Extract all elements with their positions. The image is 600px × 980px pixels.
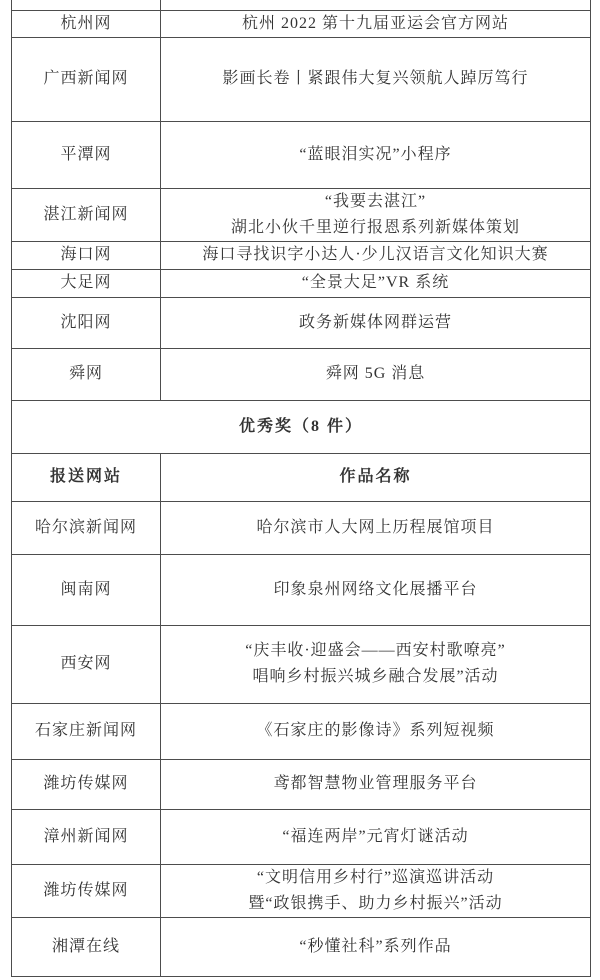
work-cell: “文明信用乡村行”巡演巡讲活动 暨“政银携手、助力乡村振兴”活动: [161, 864, 591, 917]
work-cell: “蓝眼泪实况”小程序: [161, 121, 591, 188]
site-cell: 潍坊传媒网: [12, 864, 161, 917]
table-row: 广西新闻网 影画长卷丨紧跟伟大复兴领航人踔厉笃行: [12, 37, 591, 121]
table-row: 海口网 海口寻找识字小达人·少儿汉语言文化知识大赛: [12, 241, 591, 269]
work-cell: 政务新媒体网群运营: [161, 297, 591, 348]
work-cell: [161, 0, 591, 10]
table-row: 哈尔滨新闻网 哈尔滨市人大网上历程展馆项目: [12, 501, 591, 554]
site-cell: 大足网: [12, 269, 161, 297]
site-cell: 湛江新闻网: [12, 188, 161, 241]
table-row: 闽南网 印象泉州网络文化展播平台: [12, 554, 591, 625]
table-row-partial: [12, 0, 591, 10]
work-cell: 鸢都智慧物业管理服务平台: [161, 759, 591, 809]
site-cell: 海口网: [12, 241, 161, 269]
work-cell: “我要去湛江” 湖北小伙千里逆行报恩系列新媒体策划: [161, 188, 591, 241]
work-cell: 舜网 5G 消息: [161, 348, 591, 400]
table-row: 石家庄新闻网 《石家庄的影像诗》系列短视频: [12, 703, 591, 759]
table-row: 杭州网 杭州 2022 第十九届亚运会官方网站: [12, 10, 591, 37]
work-line: “我要去湛江”: [167, 189, 584, 215]
column-header-row: 报送网站 作品名称: [12, 453, 591, 501]
site-cell: 石家庄新闻网: [12, 703, 161, 759]
site-cell: [12, 0, 161, 10]
work-cell: 影画长卷丨紧跟伟大复兴领航人踔厉笃行: [161, 37, 591, 121]
section-header-row: 优秀奖（8 件）: [12, 400, 591, 453]
work-cell: “秒懂社科”系列作品: [161, 917, 591, 976]
site-cell: 沈阳网: [12, 297, 161, 348]
table-row: 潍坊传媒网 鸢都智慧物业管理服务平台: [12, 759, 591, 809]
work-cell: 海口寻找识字小达人·少儿汉语言文化知识大赛: [161, 241, 591, 269]
table-row: 舜网 舜网 5G 消息: [12, 348, 591, 400]
award-table: 杭州网 杭州 2022 第十九届亚运会官方网站 广西新闻网 影画长卷丨紧跟伟大复…: [11, 0, 591, 977]
work-line: “文明信用乡村行”巡演巡讲活动: [167, 865, 584, 891]
table-row: 潍坊传媒网 “文明信用乡村行”巡演巡讲活动 暨“政银携手、助力乡村振兴”活动: [12, 864, 591, 917]
work-cell: 《石家庄的影像诗》系列短视频: [161, 703, 591, 759]
table-row: 沈阳网 政务新媒体网群运营: [12, 297, 591, 348]
table-row: 大足网 “全景大足”VR 系统: [12, 269, 591, 297]
site-cell: 西安网: [12, 625, 161, 703]
column-header-site: 报送网站: [12, 453, 161, 501]
site-cell: 平潭网: [12, 121, 161, 188]
section-header-excellence-award: 优秀奖（8 件）: [12, 400, 591, 453]
site-cell: 杭州网: [12, 10, 161, 37]
work-cell: 印象泉州网络文化展播平台: [161, 554, 591, 625]
work-line: 唱响乡村振兴城乡融合发展”活动: [167, 664, 584, 690]
work-cell: 杭州 2022 第十九届亚运会官方网站: [161, 10, 591, 37]
work-cell: “全景大足”VR 系统: [161, 269, 591, 297]
work-line: 暨“政银携手、助力乡村振兴”活动: [167, 891, 584, 917]
table-row: 平潭网 “蓝眼泪实况”小程序: [12, 121, 591, 188]
table-row: 湛江新闻网 “我要去湛江” 湖北小伙千里逆行报恩系列新媒体策划: [12, 188, 591, 241]
work-cell: 哈尔滨市人大网上历程展馆项目: [161, 501, 591, 554]
site-cell: 闽南网: [12, 554, 161, 625]
document-page: 杭州网 杭州 2022 第十九届亚运会官方网站 广西新闻网 影画长卷丨紧跟伟大复…: [0, 0, 600, 980]
work-cell: “福连两岸”元宵灯谜活动: [161, 809, 591, 864]
site-cell: 哈尔滨新闻网: [12, 501, 161, 554]
work-cell: “庆丰收·迎盛会——西安村歌嘹亮” 唱响乡村振兴城乡融合发展”活动: [161, 625, 591, 703]
table-row: 漳州新闻网 “福连两岸”元宵灯谜活动: [12, 809, 591, 864]
site-cell: 舜网: [12, 348, 161, 400]
site-cell: 广西新闻网: [12, 37, 161, 121]
work-line: 湖北小伙千里逆行报恩系列新媒体策划: [167, 215, 584, 241]
work-line: “庆丰收·迎盛会——西安村歌嘹亮”: [167, 638, 584, 664]
site-cell: 湘潭在线: [12, 917, 161, 976]
table-row: 西安网 “庆丰收·迎盛会——西安村歌嘹亮” 唱响乡村振兴城乡融合发展”活动: [12, 625, 591, 703]
column-header-work: 作品名称: [161, 453, 591, 501]
site-cell: 漳州新闻网: [12, 809, 161, 864]
table-row: 湘潭在线 “秒懂社科”系列作品: [12, 917, 591, 976]
site-cell: 潍坊传媒网: [12, 759, 161, 809]
